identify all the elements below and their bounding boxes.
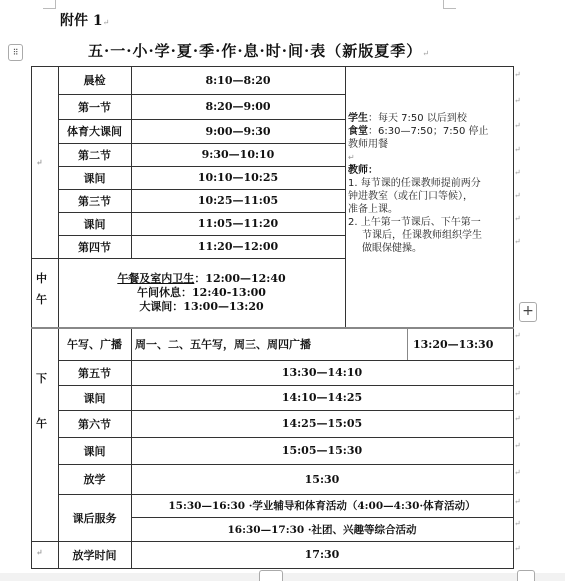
table-move-handle-icon[interactable]: ⠿ <box>8 44 23 61</box>
table-cell-item: 体育大课间 <box>58 119 131 143</box>
row-end-mark: ↵ <box>514 70 521 79</box>
row-end-mark: ↵ <box>514 191 521 200</box>
page-corner-mark <box>443 0 456 9</box>
table-cell-time: 17:30 <box>131 541 513 568</box>
table-cell-item: 放学时间 <box>58 541 131 568</box>
attachment-label: 附件 1↵ <box>60 10 109 30</box>
table-cell-item: 第四节 <box>58 235 131 258</box>
paragraph-mark: ↵ <box>36 156 43 169</box>
table-cell-time: 15:30 <box>131 464 513 494</box>
row-end-mark: ↵ <box>514 468 521 477</box>
paragraph-mark: ↵ <box>36 546 43 559</box>
row-end-mark: ↵ <box>514 168 521 177</box>
table-resize-handle[interactable] <box>259 570 283 581</box>
afternoon-side-label: 下 午 <box>36 372 47 430</box>
table-cell-item: 第六节 <box>58 410 131 437</box>
column-divider <box>345 66 346 328</box>
row-end-mark: ↵ <box>514 497 521 506</box>
row-end-mark: ↵ <box>514 414 521 423</box>
page-corner-mark <box>43 0 56 9</box>
table-corner-handle[interactable] <box>517 570 535 581</box>
table-cell-time: 9:30—10:10 <box>131 143 345 166</box>
notes-cell: 学生：每天 7:50 以后到校 食堂：6:30—7:50；7:50 停止 教师用… <box>348 112 512 255</box>
noon-schedule-cell: 午餐及室内卫生：12:00—12:40 午间休息：12:40-13:00 大课间… <box>58 262 345 324</box>
row-end-mark: ↵ <box>514 389 521 398</box>
table-border <box>513 66 514 568</box>
row-end-mark: ↵ <box>514 121 521 130</box>
table-cell-time: 10:10—10:25 <box>131 166 345 189</box>
noon-side-label: 中 午 <box>36 272 47 306</box>
table-cell-detail: 周一、二、五午写，周三、周四广播 <box>131 328 407 360</box>
table-cell-time: 10:25—11:05 <box>131 189 345 212</box>
table-cell-item: 课间 <box>58 212 131 235</box>
table-border <box>31 66 32 568</box>
row-end-mark: ↵ <box>514 364 521 373</box>
row-end-mark: ↵ <box>514 214 521 223</box>
row-end-mark: ↵ <box>514 544 521 553</box>
table-cell-time: 8:10—8:20 <box>131 66 345 94</box>
row-end-mark: ↵ <box>514 331 521 340</box>
table-cell-time: 15:05—15:30 <box>131 437 513 464</box>
table-cell-time: 13:30—14:10 <box>131 360 513 385</box>
row-end-mark: ↵ <box>514 519 521 528</box>
table-cell-item: 放学 <box>58 464 131 494</box>
table-cell-detail: 15:30—16:30 ·学业辅导和体育活动（4:00—4:30·体育活动） <box>131 494 513 517</box>
table-cell-item: 课间 <box>58 437 131 464</box>
table-cell-item: 午写、广播 <box>58 328 131 360</box>
table-cell-item: 课间 <box>58 385 131 410</box>
table-cell-item: 第三节 <box>58 189 131 212</box>
row-end-mark: ↵ <box>514 145 521 154</box>
table-cell-time: 14:25—15:05 <box>131 410 513 437</box>
table-cell-time: 13:20—13:30 <box>407 328 513 360</box>
table-cell-time: 14:10—14:25 <box>131 385 513 410</box>
row-end-mark: ↵ <box>514 237 521 246</box>
table-cell-time: 8:20—9:00 <box>131 94 345 119</box>
table-cell-item: 晨检 <box>58 66 131 94</box>
page-title: 五·一·小·学·夏·季·作·息·时·间·表（新版夏季）↵ <box>88 40 430 61</box>
table-cell-item: 第一节 <box>58 94 131 119</box>
table-cell-item: 第二节 <box>58 143 131 166</box>
table-cell-item: 课间 <box>58 166 131 189</box>
table-cell-detail: 16:30—17:30 ·社团、兴趣等综合活动 <box>131 517 513 541</box>
table-cell-time: 11:20—12:00 <box>131 235 345 258</box>
table-cell-time: 9:00—9:30 <box>131 119 345 143</box>
row-end-mark: ↵ <box>514 441 521 450</box>
add-row-button[interactable]: + <box>519 302 537 322</box>
table-cell-item: 第五节 <box>58 360 131 385</box>
table-cell-item: 课后服务 <box>58 494 131 541</box>
row-end-mark: ↵ <box>514 96 521 105</box>
table-cell-time: 11:05—11:20 <box>131 212 345 235</box>
